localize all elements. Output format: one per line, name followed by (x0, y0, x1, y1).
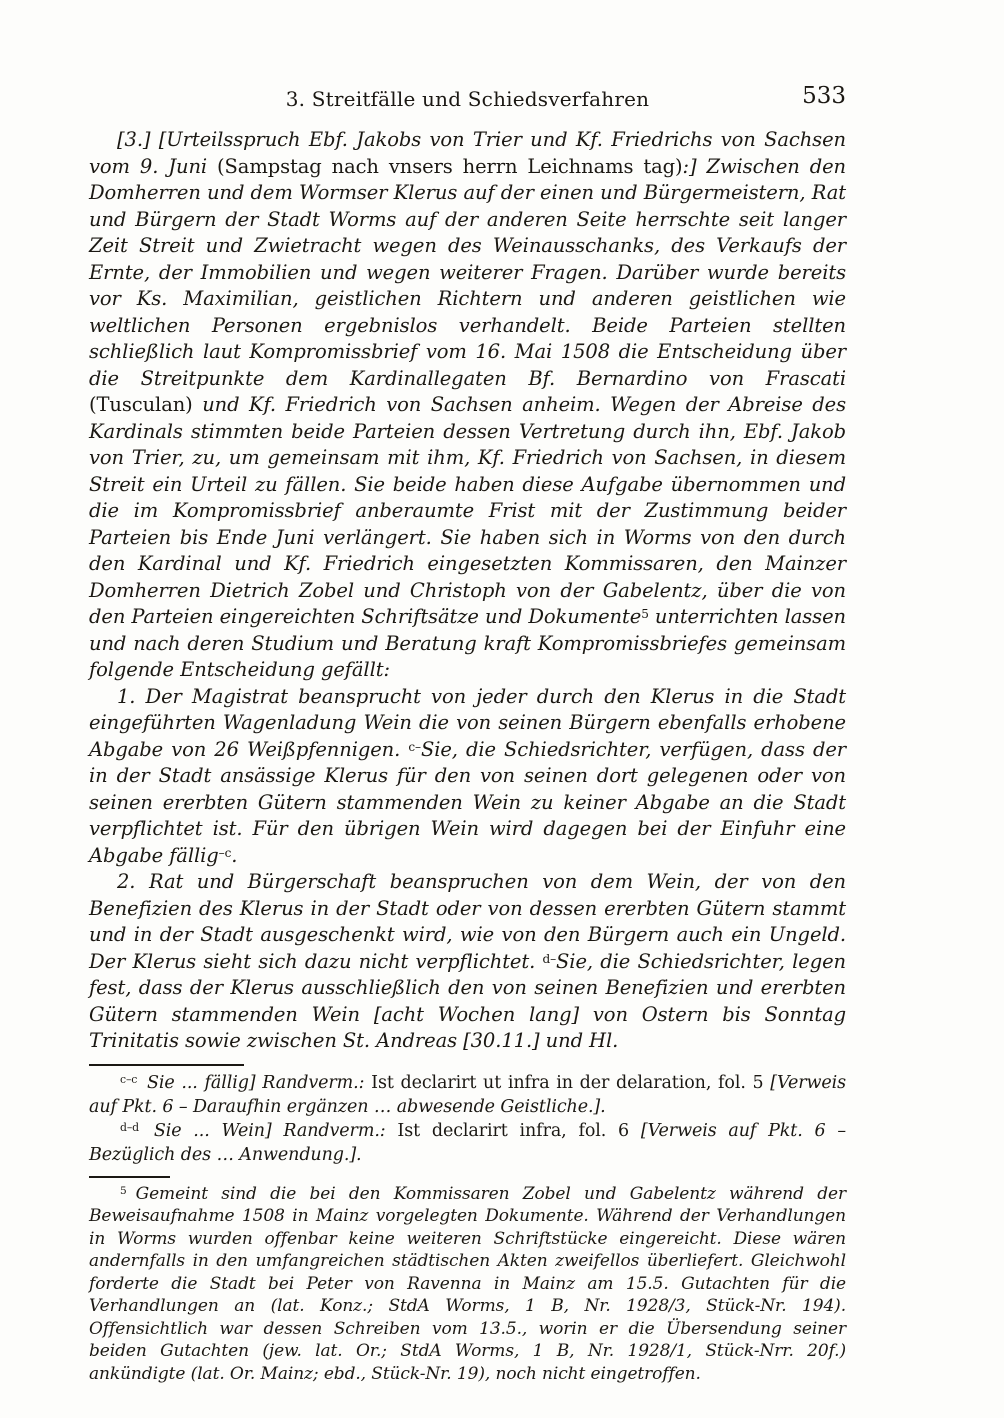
text-segment: Sie ... Wein] Randverm.: (142, 1121, 397, 1141)
note-marker: 5 (641, 607, 649, 621)
entry-3-intro: [3.] [Urteilsspruch Ebf. Jakobs von Trie… (89, 127, 846, 684)
page-number: 533 (802, 83, 846, 109)
text-segment: Gemeint sind die bei den Kommissaren Zob… (89, 1184, 846, 1384)
judgment-point-2: 2. Rat und Bürgerschaft beanspruchen von… (89, 869, 846, 1055)
note-marker: c– (408, 739, 421, 753)
running-title: 3. Streitfälle und Schiedsverfahren (286, 87, 650, 111)
apparatus-note-d: d–d Sie ... Wein] Randverm.: Ist declari… (89, 1119, 846, 1167)
judgment-point-1: 1. Der Magistrat beansprucht von jeder d… (89, 684, 846, 870)
text-segment: . (231, 844, 237, 867)
text-segment: (Sampstag nach vnsers herrn Leichnams ta… (217, 155, 683, 178)
text-segment: (Tusculan) (89, 393, 193, 416)
text-segment: :] Zwischen den Domherren und dem Wormse… (89, 155, 846, 390)
note-marker: 5 (120, 1185, 127, 1197)
book-page: 3. Streitfälle und Schiedsverfahren 533 … (0, 0, 1004, 1418)
footnote-separator-rule (89, 1176, 170, 1178)
text-segment: Ist declarirt infra, fol. 6 (397, 1121, 640, 1141)
commentary-footnotes: 5Gemeint sind die bei den Kommissaren Zo… (89, 1183, 846, 1386)
note-marker: d–d (120, 1121, 139, 1134)
edition-body-text: [3.] [Urteilsspruch Ebf. Jakobs von Trie… (89, 127, 846, 1055)
note-marker: c–c (120, 1073, 137, 1086)
text-segment: und Kf. Friedrich von Sachsen anheim. We… (89, 393, 846, 628)
apparatus-separator-rule (89, 1064, 244, 1066)
page-header: 3. Streitfälle und Schiedsverfahren 533 (89, 85, 846, 113)
note-marker: –c (219, 845, 232, 859)
text-segment: Sie ... fällig] Randverm.: (140, 1073, 371, 1093)
text-segment: Ist declarirt ut infra in der delaration… (371, 1073, 770, 1093)
note-marker: d– (542, 951, 556, 965)
apparatus-note-c: c–c Sie ... fällig] Randverm.: Ist decla… (89, 1071, 846, 1119)
footnote-5: 5Gemeint sind die bei den Kommissaren Zo… (89, 1183, 846, 1386)
text-critical-apparatus: c–c Sie ... fällig] Randverm.: Ist decla… (89, 1071, 846, 1167)
